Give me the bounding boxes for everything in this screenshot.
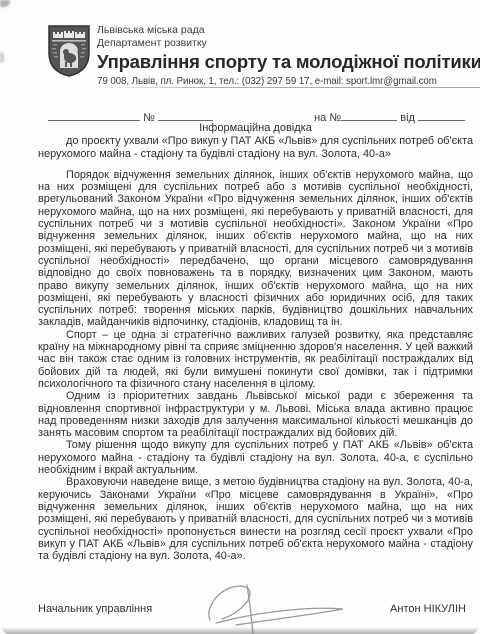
org-name: Львівська міська рада [97,24,470,37]
paragraph: Спорт – це одна зі стратегічно важливих … [38,329,473,390]
paragraph: Порядок відчуження земельних ділянок, ін… [38,169,473,329]
scan-artifact [0,0,10,7]
letterhead-divider [90,87,480,88]
document-subtitle: до проєкту ухвали «Про викуп у ПАТ АКБ «… [38,135,473,160]
document-body: Інформаційна довідка до проєкту ухвали «… [38,122,473,562]
lviv-coat-of-arms-icon [47,24,91,77]
signatory-name: Антон НІКУЛІН [390,603,466,615]
letterhead: Львівська міська рада Департамент розвит… [97,24,470,87]
document-title: Інформаційна довідка [38,122,473,134]
contact-line: 79 008, Львів, пл. Ринок, 1, тел.: (032)… [97,76,470,87]
blank-line [341,109,397,121]
scan-edge-shadow [2,627,478,634]
department-name: Департамент розвитку [97,37,470,50]
paragraph: Одним із пріоритетних завдань Львівської… [38,390,473,439]
blank-line [48,109,140,121]
handwritten-signature [192,568,352,634]
signature-row: Начальник управління Антон НІКУЛІН [38,603,466,615]
blank-line [418,109,465,121]
paragraph: Враховуючи наведене вище, з метою будівн… [38,476,473,562]
paragraph: Тому рішення щодо викупу для суспільних … [38,439,473,476]
signatory-position: Начальник управління [38,603,152,615]
office-title: Управління спорту та молодіжної політики [97,51,470,73]
scanned-letter-page: Львівська міська рада Департамент розвит… [0,0,480,634]
scan-artifact [0,52,4,63]
blank-line [158,109,213,121]
